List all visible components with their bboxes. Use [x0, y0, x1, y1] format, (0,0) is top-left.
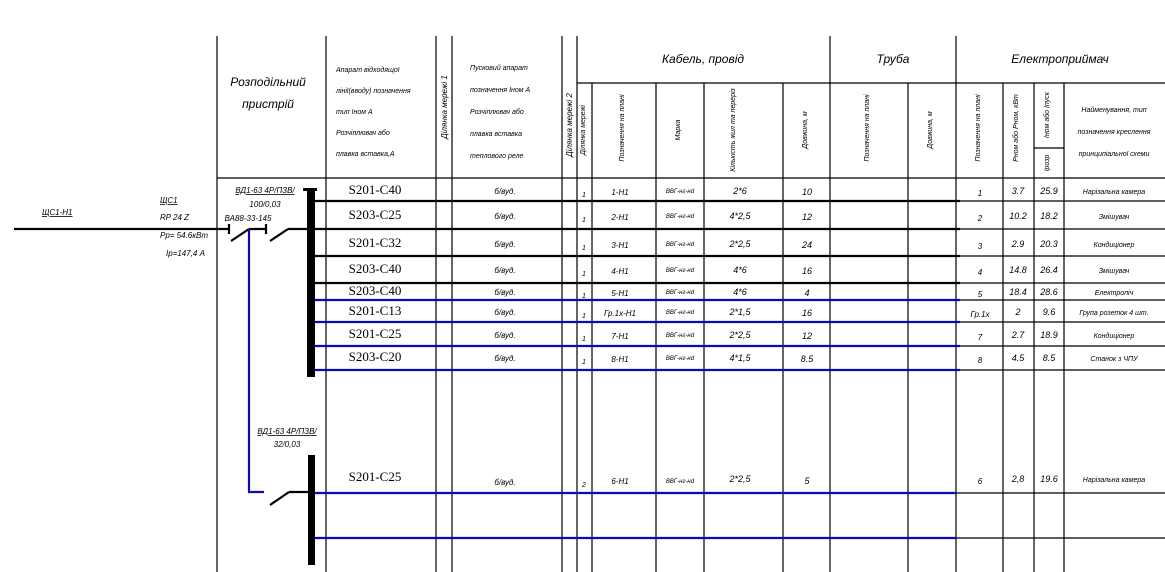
cable-cores: 2*2,5 — [728, 330, 751, 340]
cable-mark: ВВГ-нг-нd — [666, 214, 695, 220]
switchgear-header-line: пристрій — [242, 97, 294, 111]
outgoing-device-header-line: плавка вставка,А — [336, 151, 395, 158]
receiver-name: Змішувач — [1099, 267, 1130, 275]
receiver-current-header: Iном або Iпуск — [1043, 91, 1051, 138]
section-number: 1 — [582, 271, 586, 278]
section-number: 1 — [582, 217, 586, 224]
cable-cores: 4*1,5 — [729, 353, 751, 363]
starter-value: б/вуд. — [494, 212, 515, 221]
cable-length-header: Довжина, м — [802, 111, 809, 150]
receiver-power: 4.5 — [1012, 353, 1026, 363]
panel-type: RP 24 Z — [160, 213, 190, 222]
receiver-plan-label: 4 — [978, 268, 983, 277]
receiver-plan-label: 7 — [978, 333, 983, 342]
section-number: 1 — [582, 293, 586, 300]
main-breaker-label: ВА88-33-145 — [225, 214, 272, 223]
cable-mark: ВВГ-нг-нd — [666, 310, 695, 316]
cable-length: 16 — [802, 308, 812, 318]
section-number: 1 — [582, 245, 586, 252]
cable-plan-label: 8-Н1 — [611, 355, 628, 364]
main-rcd-label: ВД1-63 4Р/ПЗВ/ — [235, 186, 295, 195]
main-rcd-rating: 100/0,03 — [249, 200, 281, 209]
branch-line-row: S201-C25б/вуд.26-Н1ВВГ-нг-нd2*2,5562,819… — [315, 469, 1165, 538]
starter-value: б/вуд. — [494, 354, 515, 363]
cable-cores: 4*6 — [733, 265, 747, 275]
receiver-power: 14.8 — [1009, 265, 1027, 275]
receiver-plan-label: 8 — [978, 356, 983, 365]
cable-length: 24 — [801, 240, 812, 250]
cable-mark: ВВГ-нг-нd — [666, 290, 695, 296]
breaker-type: S201-C40 — [349, 182, 402, 197]
cable-mark: ВВГ-нг-нd — [666, 356, 695, 362]
receiver-name: Кондиціонер — [1094, 241, 1135, 249]
section-number: 2 — [581, 482, 586, 489]
receiver-power: 2,8 — [1011, 474, 1025, 484]
cable-mark: ВВГ-нг-нd — [666, 268, 695, 274]
cable-cores: 2*6 — [732, 186, 747, 196]
starter-value: б/вуд. — [494, 266, 515, 275]
cable-cores: 2*1,5 — [728, 307, 751, 317]
breaker-type: S201-C25 — [349, 469, 402, 484]
table-row: S201-C13б/вуд.1Гр.1х-Н1ВВГ-нг-нd2*1,516Г… — [315, 303, 1165, 322]
cable-length: 16 — [802, 266, 812, 276]
panel-current: Iр=147,4 А — [166, 249, 205, 258]
receiver-plan-label: Гр.1х — [970, 310, 990, 319]
receiver-plan-label: 3 — [978, 242, 983, 251]
starter-header-line: теплового реле — [470, 153, 524, 160]
outgoing-device-header-line: Розчіплювач або — [336, 129, 390, 137]
cable-plan-label: 4-Н1 — [611, 267, 628, 276]
receiver-name: Нарізальна камера — [1083, 188, 1145, 196]
panel-power: Pр= 54.6кВт — [160, 231, 208, 240]
receiver-current: 25.9 — [1039, 186, 1058, 196]
table-row: S201-C40б/вуд.11-Н1ВВГ-нг-нd2*61013.725.… — [315, 182, 1165, 201]
breaker-type: S203-C20 — [349, 349, 402, 364]
receiver-name-header: Найменування, типпозначення кресленняпри… — [1078, 106, 1151, 158]
feeder-line-label: ЩС1-Н1 — [42, 208, 73, 217]
receiver-current: 20.3 — [1039, 239, 1058, 249]
receiver-name: Станок з ЧПУ — [1090, 356, 1139, 363]
breaker-type: S201-C32 — [349, 235, 402, 250]
receiver-current: 8.5 — [1043, 353, 1057, 363]
receiver-group-header: Електроприймач — [1011, 52, 1108, 66]
outgoing-device-header: Апарат відходящоїлінії(вводу) позначення… — [335, 66, 411, 158]
breaker-type: S203-C25 — [349, 207, 402, 222]
starter-header-line: Пусковий апарат — [470, 64, 528, 72]
switchgear-header: Розподільний пристрій — [230, 75, 306, 111]
starter-header-line: позначення Іном А — [470, 87, 531, 94]
rotated-column-headers: Ділянка мережіПозначення на планіМаркаКі… — [579, 87, 1051, 171]
cable-cores-header: Кількість жил та переріз — [729, 87, 737, 171]
receiver-current: 9.6 — [1043, 307, 1056, 317]
receiver-power: 18.4 — [1009, 287, 1027, 297]
cable-length: 4 — [804, 288, 809, 298]
cable-plan-header: Позначення на плані — [618, 94, 626, 162]
incoming-feeder: ЩС1-Н1 ЩС1 RP 24 Z Pр= 54.6кВт Iр=147,4 … — [14, 186, 317, 565]
starter-value: б/вуд. — [494, 308, 515, 317]
cable-length: 12 — [802, 331, 812, 341]
cable-plan-label: 5-Н1 — [611, 289, 628, 298]
section1-header: Ділянка мережі 1 — [440, 75, 449, 140]
cable-cores: 2*2,5 — [728, 239, 751, 249]
cable-cores: 4*2,5 — [729, 211, 751, 221]
pipe-plan-header: Позначення на плані — [863, 94, 871, 162]
outgoing-device-header-line: Апарат відходящої — [335, 66, 401, 74]
receiver-power: 10.2 — [1009, 211, 1027, 221]
starter-value: б/вуд. — [494, 187, 515, 196]
cable-plan-label: 7-Н1 — [611, 332, 628, 341]
receiver-plan-label: 5 — [978, 290, 983, 299]
branch-rcd-rating: 32/0,03 — [274, 440, 301, 449]
cable-length: 8.5 — [801, 354, 815, 364]
table-row: S203-C40б/вуд.15-Н1ВВГ-нг-нd4*64518.428.… — [315, 283, 1165, 300]
cable-mark: ВВГ-нг-нd — [666, 479, 695, 485]
cable-mark: ВВГ-нг-нd — [666, 189, 695, 195]
switchgear-header-line: Розподільний — [230, 75, 306, 89]
cable-plan-label: 1-Н1 — [611, 188, 628, 197]
cable-mark: ВВГ-нг-нd — [666, 333, 695, 339]
cable-cores: 2*2,5 — [728, 474, 751, 484]
starter-header-line: плавка вставка — [470, 131, 522, 138]
receiver-name-header-line: позначення креслення — [1078, 129, 1151, 136]
pipe-length-header: Довжина, м — [927, 111, 934, 150]
starter-value: б/вуд. — [494, 240, 515, 249]
panel-name: ЩС1 — [160, 196, 178, 205]
receiver-current: 19.6 — [1040, 474, 1058, 484]
table-row: S203-C20б/вуд.18-Н1ВВГ-нг-нd4*1,58.584.5… — [315, 349, 1165, 370]
cable-length: 10 — [802, 187, 812, 197]
cable-plan-label: 6-Н1 — [611, 477, 628, 486]
section-number: 1 — [582, 313, 586, 320]
cable-length: 12 — [802, 212, 812, 222]
section-number: 1 — [582, 336, 586, 343]
receiver-name-header-line: принципіальної схеми — [1079, 150, 1150, 158]
table-row: S203-C25б/вуд.12-Н1ВВГ-нг-нd4*2,512210.2… — [315, 207, 1165, 229]
cable-group-header: Кабель, провід — [662, 52, 744, 66]
section-number: 1 — [582, 192, 586, 199]
receiver-name: Змішувач — [1099, 213, 1130, 221]
cable-cores: 4*6 — [733, 287, 747, 297]
receiver-plan-header: Позначення на плані — [974, 94, 982, 162]
starter-header-line: Розчіплювач або — [470, 108, 524, 116]
single-line-diagram: Розподільний пристрій Апарат відходящоїл… — [0, 0, 1165, 572]
cable-mark: ВВГ-нг-нd — [666, 242, 695, 248]
receiver-plan-label: 1 — [978, 189, 982, 198]
receiver-name: Нарізальна камера — [1083, 476, 1145, 484]
breaker-type: S203-C40 — [349, 283, 402, 298]
cable-plan-label: Гр.1х-Н1 — [604, 309, 636, 318]
starter-value: б/вуд. — [494, 478, 515, 487]
receiver-power: 3.7 — [1012, 186, 1026, 196]
table-row: S201-C25б/вуд.17-Н1ВВГ-нг-нd2*2,51272.71… — [315, 326, 1165, 346]
table-row: S201-C32б/вуд.13-Н1ВВГ-нг-нd2*2,52432.92… — [315, 235, 1165, 256]
receiver-plan-label: 2 — [977, 214, 983, 223]
breaker-type: S201-C25 — [349, 326, 402, 341]
receiver-calc-current-header: Iрозр — [1044, 155, 1051, 172]
cable-section-header: Ділянка мережі — [579, 105, 587, 156]
starter-value: б/вуд. — [494, 288, 515, 297]
receiver-name-header-line: Найменування, тип — [1081, 106, 1146, 114]
branch-busbar — [308, 455, 315, 565]
section-number: 1 — [582, 359, 586, 366]
cable-plan-label: 3-Н1 — [611, 241, 628, 250]
section2-header: Ділянка мережі 2 — [565, 93, 574, 158]
outgoing-device-header-line: лінії(вводу) позначення — [335, 87, 411, 95]
receiver-power: 2.9 — [1011, 239, 1025, 249]
receiver-name: Група розеток 4 шт. — [1079, 310, 1148, 317]
receiver-current: 26.4 — [1039, 265, 1058, 275]
table-row: S203-C40б/вуд.14-Н1ВВГ-нг-нd4*616414.826… — [315, 261, 1165, 283]
starter-value: б/вуд. — [494, 331, 515, 340]
receiver-current: 18.2 — [1040, 211, 1058, 221]
branch-rcd-label: ВД1-63 4Р/ПЗВ/ — [257, 427, 317, 436]
outgoing-lines-table: S201-C40б/вуд.11-Н1ВВГ-нг-нd2*61013.725.… — [315, 182, 1165, 370]
receiver-name: Електропіч — [1095, 289, 1134, 297]
receiver-current: 28.6 — [1039, 287, 1058, 297]
outgoing-device-header-line: тип Іном А — [336, 109, 373, 116]
receiver-name: Кондиціонер — [1094, 332, 1135, 340]
cable-plan-label: 2-Н1 — [610, 213, 628, 222]
pipe-group-header: Труба — [877, 52, 910, 66]
receiver-power: 2 — [1014, 307, 1020, 317]
cable-length: 5 — [804, 476, 810, 486]
table-header: Розподільний пристрій Апарат відходящоїл… — [230, 52, 1151, 172]
breaker-type: S201-C13 — [349, 303, 402, 318]
breaker-type: S203-C40 — [349, 261, 402, 276]
main-busbar — [307, 188, 315, 377]
receiver-current: 18.9 — [1040, 330, 1058, 340]
cable-mark-header: Марка — [675, 119, 682, 140]
receiver-power: 2.7 — [1011, 330, 1026, 340]
receiver-power-header: Pном або Pном, кВт — [1012, 94, 1020, 162]
starter-header: Пусковий апаратпозначення Іном АРозчіплю… — [470, 64, 531, 160]
receiver-plan-label: 6 — [978, 477, 983, 486]
